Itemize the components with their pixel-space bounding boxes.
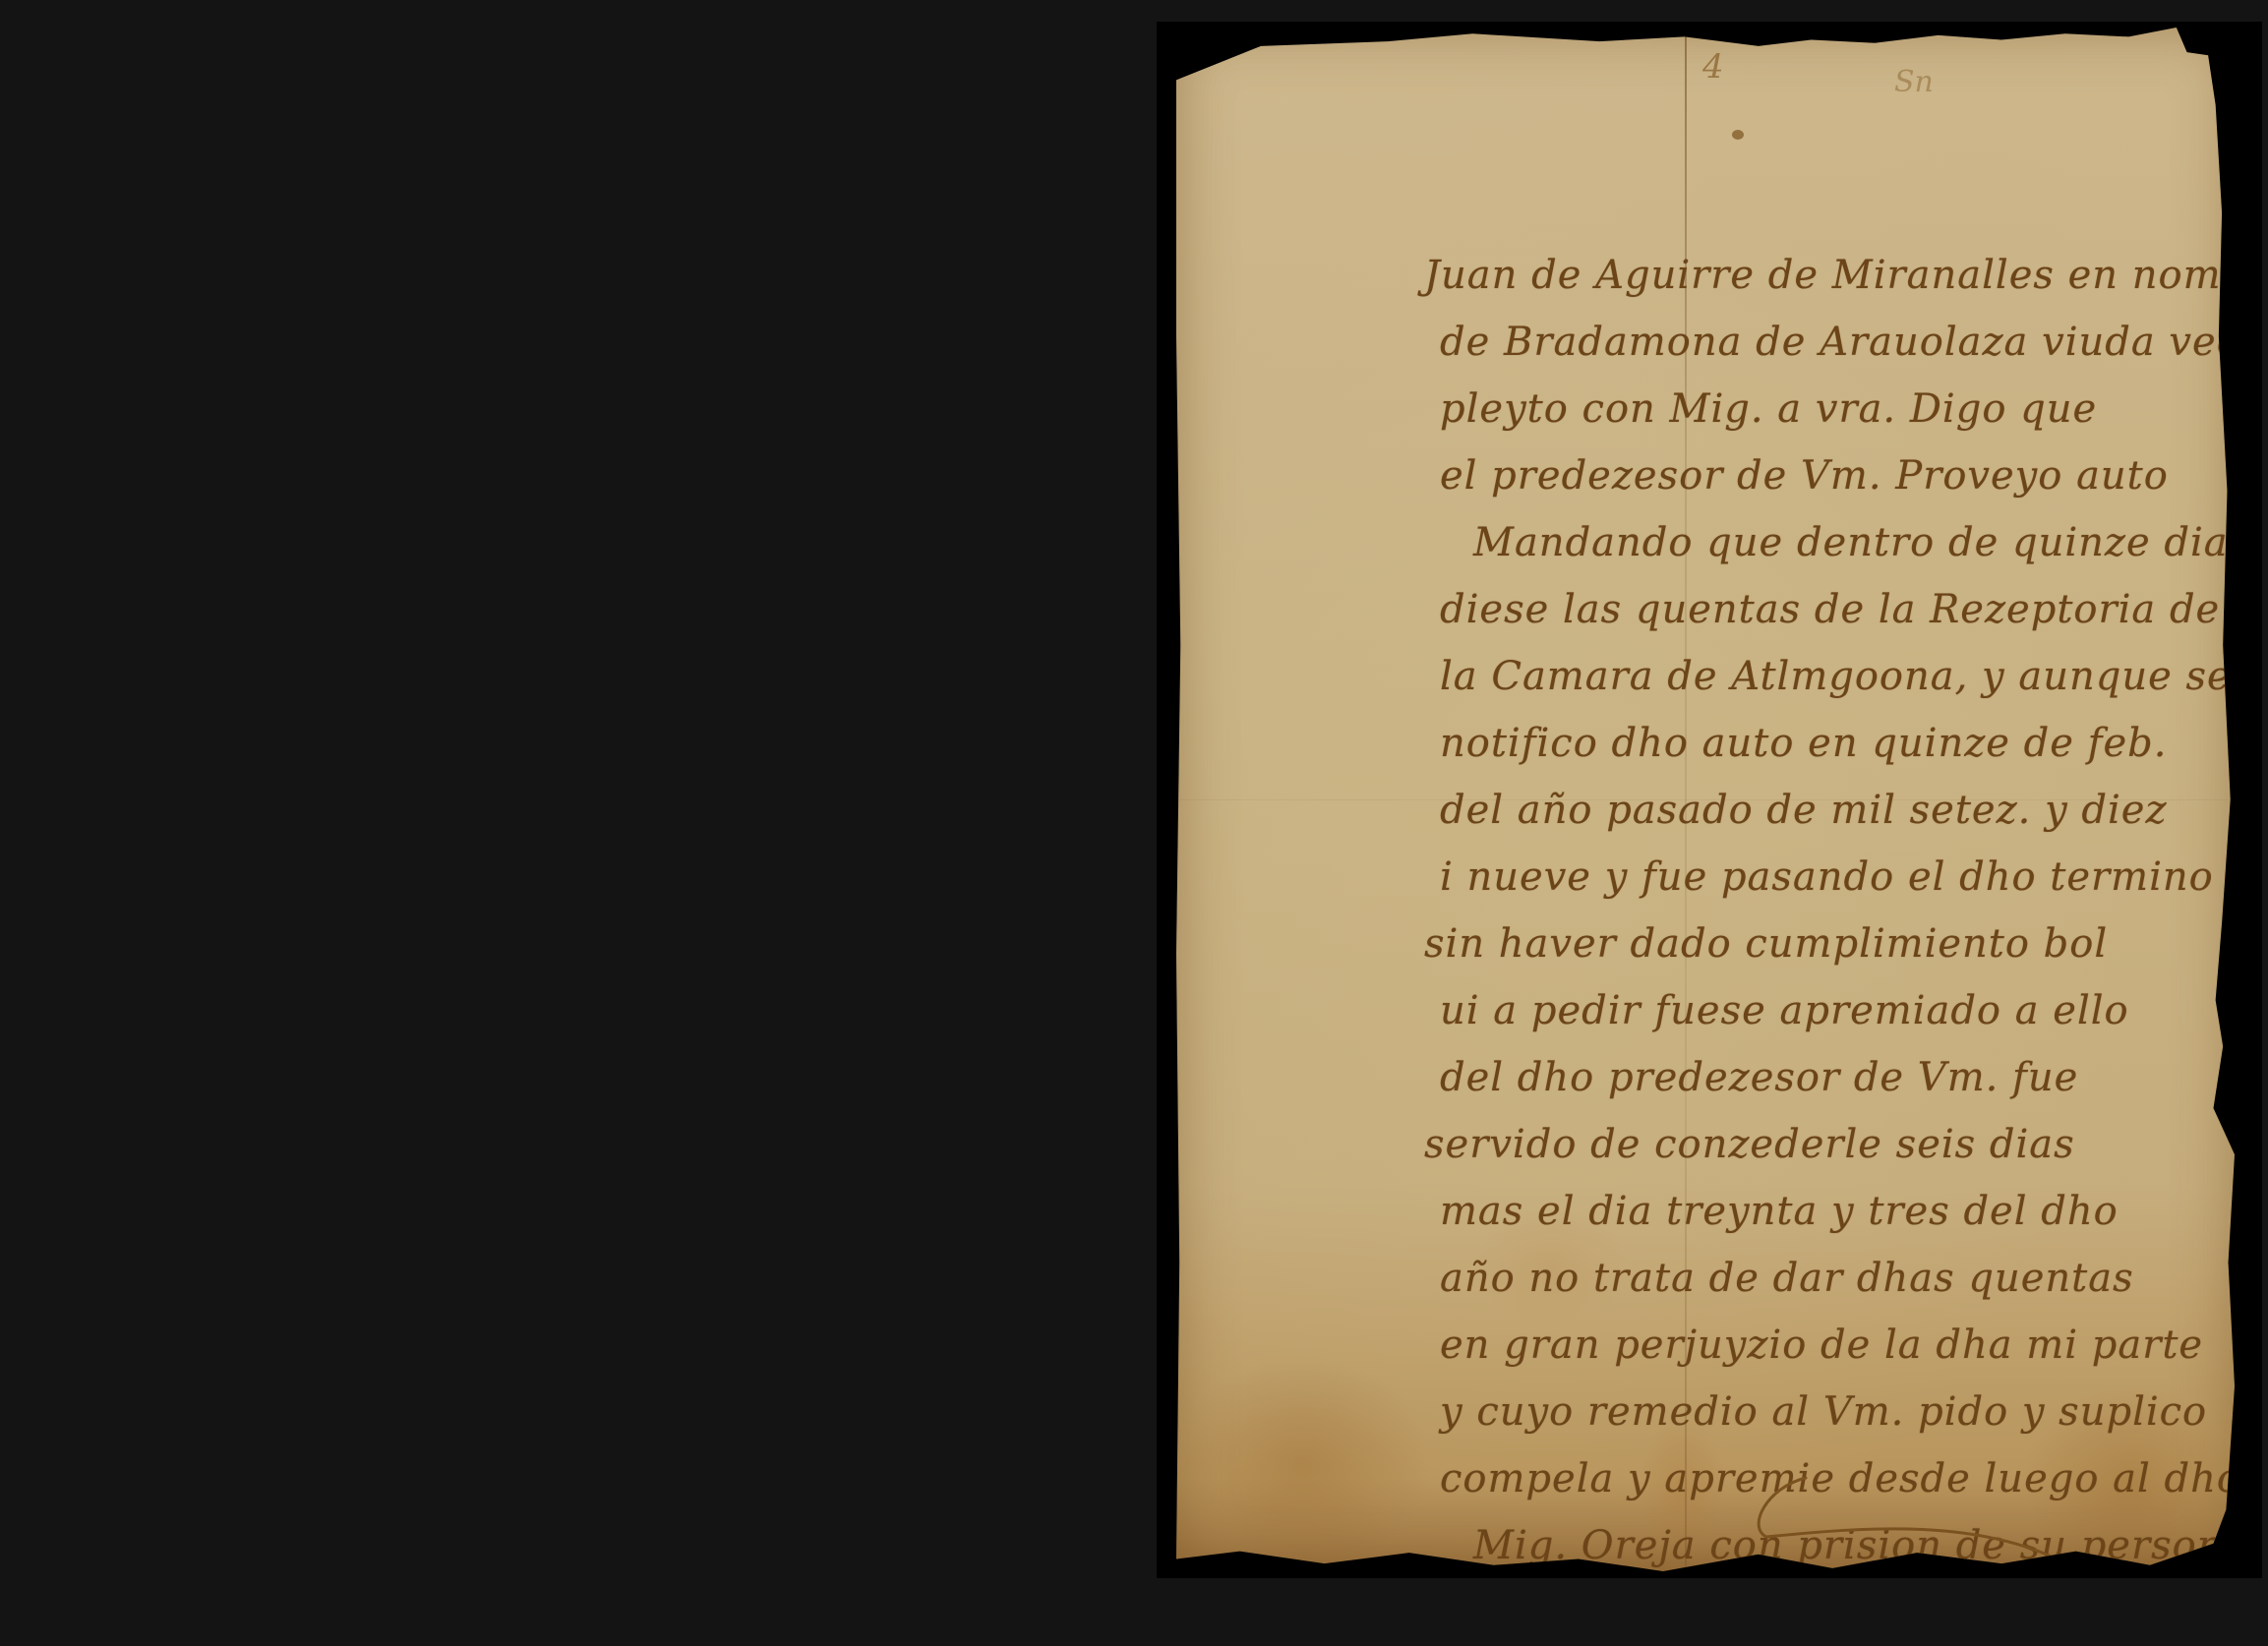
- manuscript-line: y cuyo remedio al Vm. pido y suplico: [1404, 1379, 2211, 1445]
- manuscript-line: del dho predezesor de Vm. fue: [1404, 1044, 2211, 1111]
- manuscript-line: i nueve y fue pasando el dho termino: [1404, 844, 2211, 911]
- manuscript-text: Juan de Aguirre de Miranalles en nombre …: [1404, 242, 2211, 1603]
- manuscript-line: mas el dia treynta y tres del dho: [1404, 1178, 2211, 1245]
- manuscript-line: de Bradamona de Arauolaza viuda vecl: [1404, 309, 2211, 376]
- folio-number: 4: [1702, 47, 1724, 87]
- manuscript-line: Mandando que dentro de quinze dias: [1404, 509, 2211, 576]
- manuscript-line: servido de conzederle seis dias: [1404, 1111, 2211, 1178]
- manuscript-line: del año pasado de mil setez. y diez: [1404, 777, 2211, 844]
- manuscript-line: notifico dho auto en quinze de feb.: [1404, 710, 2211, 777]
- manuscript-line: diese las quentas de la Rezeptoria de: [1404, 576, 2211, 643]
- manuscript-line: Juan de Aguirre de Miranalles en nombre: [1404, 242, 2211, 309]
- manuscript-line: la Camara de Atlmgoona, y aunque se le: [1404, 643, 2211, 710]
- document-viewer: 4 Sn Juan de Aguirre de Miranalles en no…: [0, 0, 2268, 1603]
- manuscript-line: ui a pedir fuese apremiado a ello: [1404, 977, 2211, 1044]
- manuscript-line: en gran perjuyzio de la dha mi parte: [1404, 1312, 2211, 1379]
- manuscript-line: el predezesor de Vm. Proveyo auto: [1404, 442, 2211, 509]
- manuscript-line: embargo y venta de sus bienes: [1404, 1579, 2211, 1603]
- manuscript-line: sin haver dado cumplimiento bol: [1404, 911, 2211, 977]
- paper-stain: [1176, 1355, 1432, 1571]
- folio-annotation: Sn: [1894, 65, 1934, 99]
- manuscript-line: año no trata de dar dhas quentas: [1404, 1245, 2211, 1312]
- ink-blot: [1732, 130, 1744, 140]
- manuscript-page: 4 Sn Juan de Aguirre de Miranalles en no…: [1176, 28, 2235, 1571]
- manuscript-line: pleyto con Mig. a vra. Digo que: [1404, 376, 2211, 442]
